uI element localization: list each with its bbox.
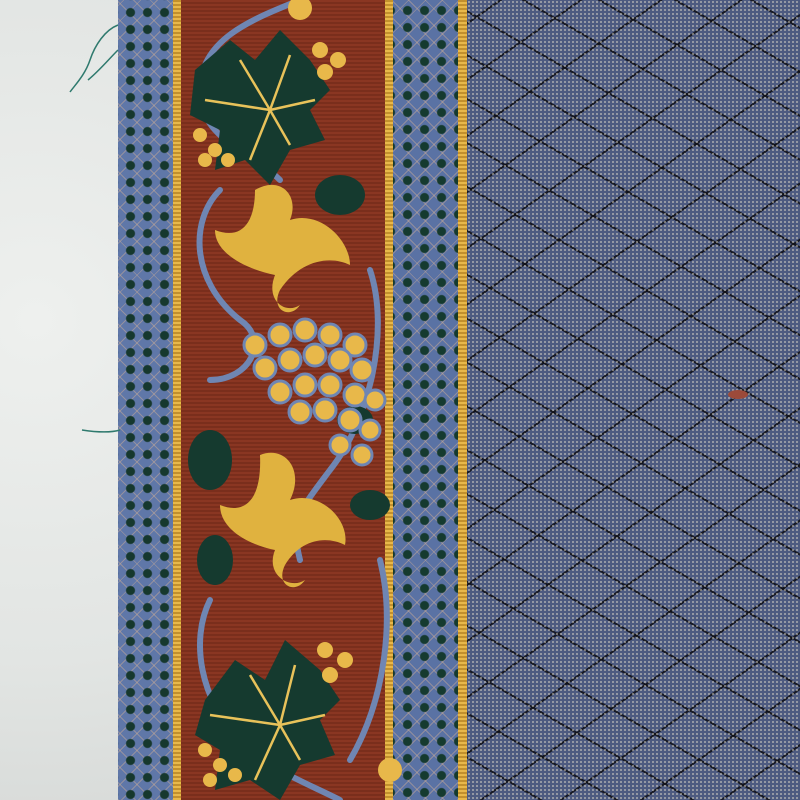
large-grape-cluster-icon [244,319,385,465]
loose-thread-icon [70,25,120,432]
floral-motifs [0,0,800,800]
grape-leaf-icon [195,640,340,800]
